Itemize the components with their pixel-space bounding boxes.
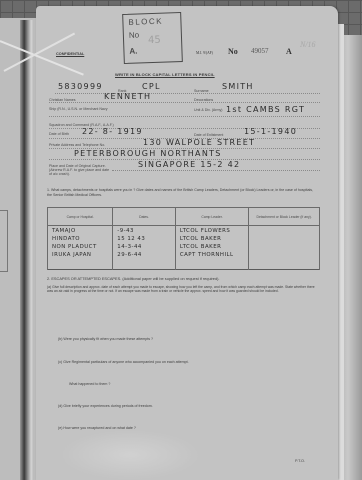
field-rule [49,102,320,103]
binder-spine [20,20,34,480]
serial-label: No [228,47,238,56]
form-instruction: WRITE IN BLOCK CAPITAL LETTERS IN PENCIL [115,72,215,77]
field-rule [55,93,320,94]
camp-cell: NON PLADUCT [52,243,108,251]
address-line1: 130 WALPOLE STREET [143,138,255,147]
capture-label: Place and Date of Original Capture. (Air… [49,164,111,177]
camp-column: TAMAJO HINDATO NON PLADUCT IRUKA JAPAN [48,226,113,270]
serial-number: 49057 [251,47,269,55]
unit-value: 1st CAMBS RGT [226,105,305,114]
dob-value: 22- 8- 1919 [82,127,143,136]
leader-cell: LTCOL BAKER [180,243,244,251]
header-detachment: Detachment or Block Leader (if any). [249,208,320,226]
leader-cell: LTCOL FLOWERS [180,227,244,235]
header-dates: Dates. [113,208,176,226]
dates-cell: -9-43 [117,227,171,235]
dates-cell: 29-6-44 [117,251,171,259]
field-rule [112,170,320,171]
army-number-value: 5830999 [58,82,103,91]
serial-suffix: A [286,47,292,56]
field-rule [49,116,320,117]
corner-note: N/16 [300,40,316,49]
left-page-box [0,210,8,272]
address-label: Private Address and Telephone No. [49,143,105,147]
question-2d: (d) Give briefly your experiences during… [58,404,153,408]
form-ref: M.I. 9/(AF) [196,51,213,55]
question-2a: (a) Give full description and approx. da… [47,285,319,294]
leader-column: LTCOL FLOWERS LTCOL BAKER LTCOL BAKER CA… [175,226,248,270]
stamp-line3: A. [129,47,137,57]
dob-label: Date of Birth [49,132,69,136]
enlistment-value: 15-1-1940 [244,127,297,136]
question-1: 1. What camps, detachments or hospitals … [47,188,319,198]
rank-value: CPL [142,82,161,91]
address-line2: PETERBOROUGH NORTHANTS [74,149,222,158]
header-camp-leader: Camp Leader. [175,208,248,226]
dates-column: -9-43 15 12 43 14-3-44 29-6-44 [113,226,176,270]
question-2-heading: 2. ESCAPES OR ATTEMPTED ESCAPES. (Additi… [47,276,220,281]
stamp-line2: No [129,30,140,40]
christian-names-value: KENNETH [104,92,151,101]
ship-label: Ship (R.N., U.S.N. or Merchant Navy [49,107,108,111]
question-2c-followup: What happened to them ? [69,382,110,386]
leader-cell: LTCOL BAKER [180,235,244,243]
dates-cell: 15 12 43 [117,235,171,243]
camp-cell: TAMAJO [52,227,108,235]
dates-cell: 14-3-44 [117,243,171,251]
enlistment-label: Date of Enlistment [194,133,223,137]
classification: CONFIDENTIAL [56,52,84,56]
pto-footer: P.T.O. [295,459,305,463]
camps-table: Camp or Hospital. Dates. Camp Leader. De… [47,207,320,270]
unit-label: Unit & Div. (Army) [194,108,222,112]
surname-value: SMITH [222,82,254,91]
camp-cell: IRUKA JAPAN [52,251,108,259]
table-body-row: TAMAJO HINDATO NON PLADUCT IRUKA JAPAN -… [48,226,320,270]
question-2b: (b) Were you physically fit when you mad… [58,337,153,341]
stamp-number: 45 [148,36,161,46]
capture-value: SINGAPORE 15-2 42 [138,160,240,169]
block-stamp: BLOCK No 45 A. [122,12,183,64]
paper-smudge [60,430,200,480]
detachment-column [249,226,320,270]
leader-cell: CAPT THORNHILL [180,251,244,259]
camp-cell: HINDATO [52,235,108,243]
stamp-line1: BLOCK [128,17,163,28]
header-camp: Camp or Hospital. [48,208,113,226]
question-2c: (c) Give Regimental particulars of anyon… [58,360,189,364]
